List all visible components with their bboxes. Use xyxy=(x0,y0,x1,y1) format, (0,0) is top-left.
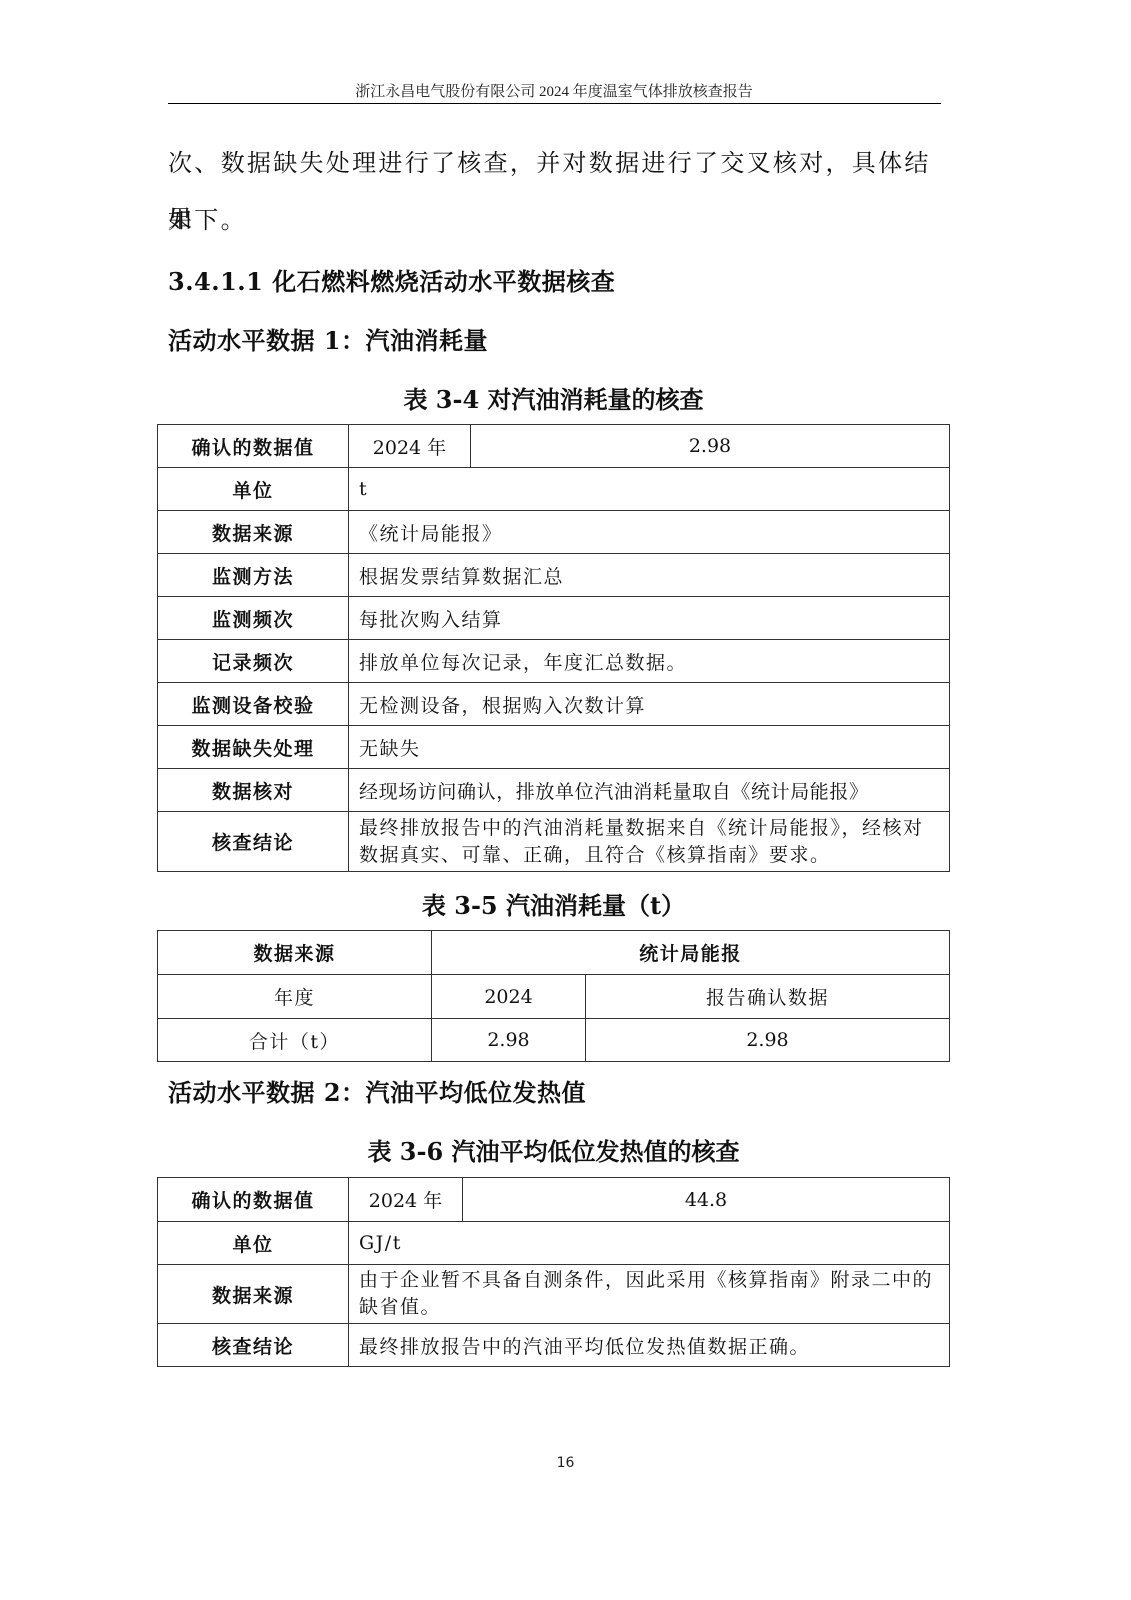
running-header: 浙江永昌电气股份有限公司 2024 年度温室气体排放核查报告 xyxy=(168,80,940,101)
row-label: 确认的数据值 xyxy=(158,1178,349,1222)
table-cell: 2.98 xyxy=(432,1019,586,1062)
row-value: 无缺失 xyxy=(349,726,950,769)
table-3-6-caption: 表 3-6 汽油平均低位发热值的核查 xyxy=(157,1132,950,1167)
table-row: 单位 GJ/t xyxy=(158,1222,950,1265)
table-row: 监测设备校验 无检测设备，根据购入次数计算 xyxy=(158,683,950,726)
table-row: 数据来源 由于企业暂不具备自测条件，因此采用《核算指南》附录二中的缺省值。 xyxy=(158,1265,950,1324)
table-header-row: 数据来源 统计局能报 xyxy=(158,931,950,975)
header-rule xyxy=(168,103,941,104)
column-header: 报告确认数据 xyxy=(586,975,950,1019)
row-value: t xyxy=(349,468,950,511)
table-row: 核查结论 最终排放报告中的汽油消耗量数据来自《统计局能报》，经核对数据真实、可靠… xyxy=(158,812,950,872)
row-value: 经现场访问确认，排放单位汽油消耗量取自《统计局能报》 xyxy=(349,769,950,812)
table-row: 年度 2024 报告确认数据 xyxy=(158,975,950,1019)
row-value: 最终排放报告中的汽油平均低位发热值数据正确。 xyxy=(349,1324,950,1367)
row-value: 无检测设备，根据购入次数计算 xyxy=(349,683,950,726)
row-label: 数据核对 xyxy=(158,769,349,812)
row-label: 数据来源 xyxy=(158,1265,349,1324)
year-cell: 2024 年 xyxy=(349,425,471,468)
section-heading: 3.4.1.1 化石燃料燃烧活动水平数据核查 xyxy=(168,262,615,297)
table-row: 数据来源 《统计局能报》 xyxy=(158,511,950,554)
table-3-5: 数据来源 统计局能报 年度 2024 报告确认数据 合计（t） 2.98 2.9… xyxy=(157,930,950,1062)
row-label: 数据来源 xyxy=(158,511,349,554)
value-cell: 2.98 xyxy=(471,425,950,468)
table-row: 确认的数据值 2024 年 44.8 xyxy=(158,1178,950,1222)
value-cell: 44.8 xyxy=(463,1178,950,1222)
row-label: 单位 xyxy=(158,468,349,511)
table-3-5-caption: 表 3-5 汽油消耗量（t） xyxy=(157,886,950,921)
row-label: 记录频次 xyxy=(158,640,349,683)
column-header: 2024 xyxy=(432,975,586,1019)
row-label: 监测设备校验 xyxy=(158,683,349,726)
table-row: 确认的数据值 2024 年 2.98 xyxy=(158,425,950,468)
row-label: 监测方法 xyxy=(158,554,349,597)
table-row: 数据缺失处理 无缺失 xyxy=(158,726,950,769)
table-row: 数据核对 经现场访问确认，排放单位汽油消耗量取自《统计局能报》 xyxy=(158,769,950,812)
row-value: 由于企业暂不具备自测条件，因此采用《核算指南》附录二中的缺省值。 xyxy=(349,1265,950,1324)
row-value: 根据发票结算数据汇总 xyxy=(349,554,950,597)
intro-paragraph-line-2: 如下。 xyxy=(168,192,948,248)
table-row: 监测方法 根据发票结算数据汇总 xyxy=(158,554,950,597)
row-label: 单位 xyxy=(158,1222,349,1265)
table-row: 单位 t xyxy=(158,468,950,511)
table-row: 监测频次 每批次购入结算 xyxy=(158,597,950,640)
table-3-4: 确认的数据值 2024 年 2.98 单位 t 数据来源 《统计局能报》 监测方… xyxy=(157,424,950,872)
table-cell: 2.98 xyxy=(586,1019,950,1062)
row-label: 监测频次 xyxy=(158,597,349,640)
row-label: 核查结论 xyxy=(158,812,349,872)
row-label: 确认的数据值 xyxy=(158,425,349,468)
row-label: 核查结论 xyxy=(158,1324,349,1367)
activity-2-heading: 活动水平数据 2：汽油平均低位发热值 xyxy=(168,1073,586,1108)
table-3-6: 确认的数据值 2024 年 44.8 单位 GJ/t 数据来源 由于企业暂不具备… xyxy=(157,1177,950,1367)
row-value: GJ/t xyxy=(349,1222,950,1265)
page-number: 16 xyxy=(0,1455,1131,1471)
header-cell: 统计局能报 xyxy=(432,931,950,975)
row-value: 排放单位每次记录，年度汇总数据。 xyxy=(349,640,950,683)
header-cell: 数据来源 xyxy=(158,931,432,975)
activity-1-heading: 活动水平数据 1：汽油消耗量 xyxy=(168,321,488,356)
table-row: 合计（t） 2.98 2.98 xyxy=(158,1019,950,1062)
year-cell: 2024 年 xyxy=(349,1178,463,1222)
row-value: 最终排放报告中的汽油消耗量数据来自《统计局能报》，经核对数据真实、可靠、正确，且… xyxy=(349,812,950,872)
row-value: 《统计局能报》 xyxy=(349,511,950,554)
table-row: 核查结论 最终排放报告中的汽油平均低位发热值数据正确。 xyxy=(158,1324,950,1367)
table-3-4-caption: 表 3-4 对汽油消耗量的核查 xyxy=(157,380,950,415)
row-value: 每批次购入结算 xyxy=(349,597,950,640)
table-cell: 合计（t） xyxy=(158,1019,432,1062)
table-row: 记录频次 排放单位每次记录，年度汇总数据。 xyxy=(158,640,950,683)
row-label: 数据缺失处理 xyxy=(158,726,349,769)
column-header: 年度 xyxy=(158,975,432,1019)
